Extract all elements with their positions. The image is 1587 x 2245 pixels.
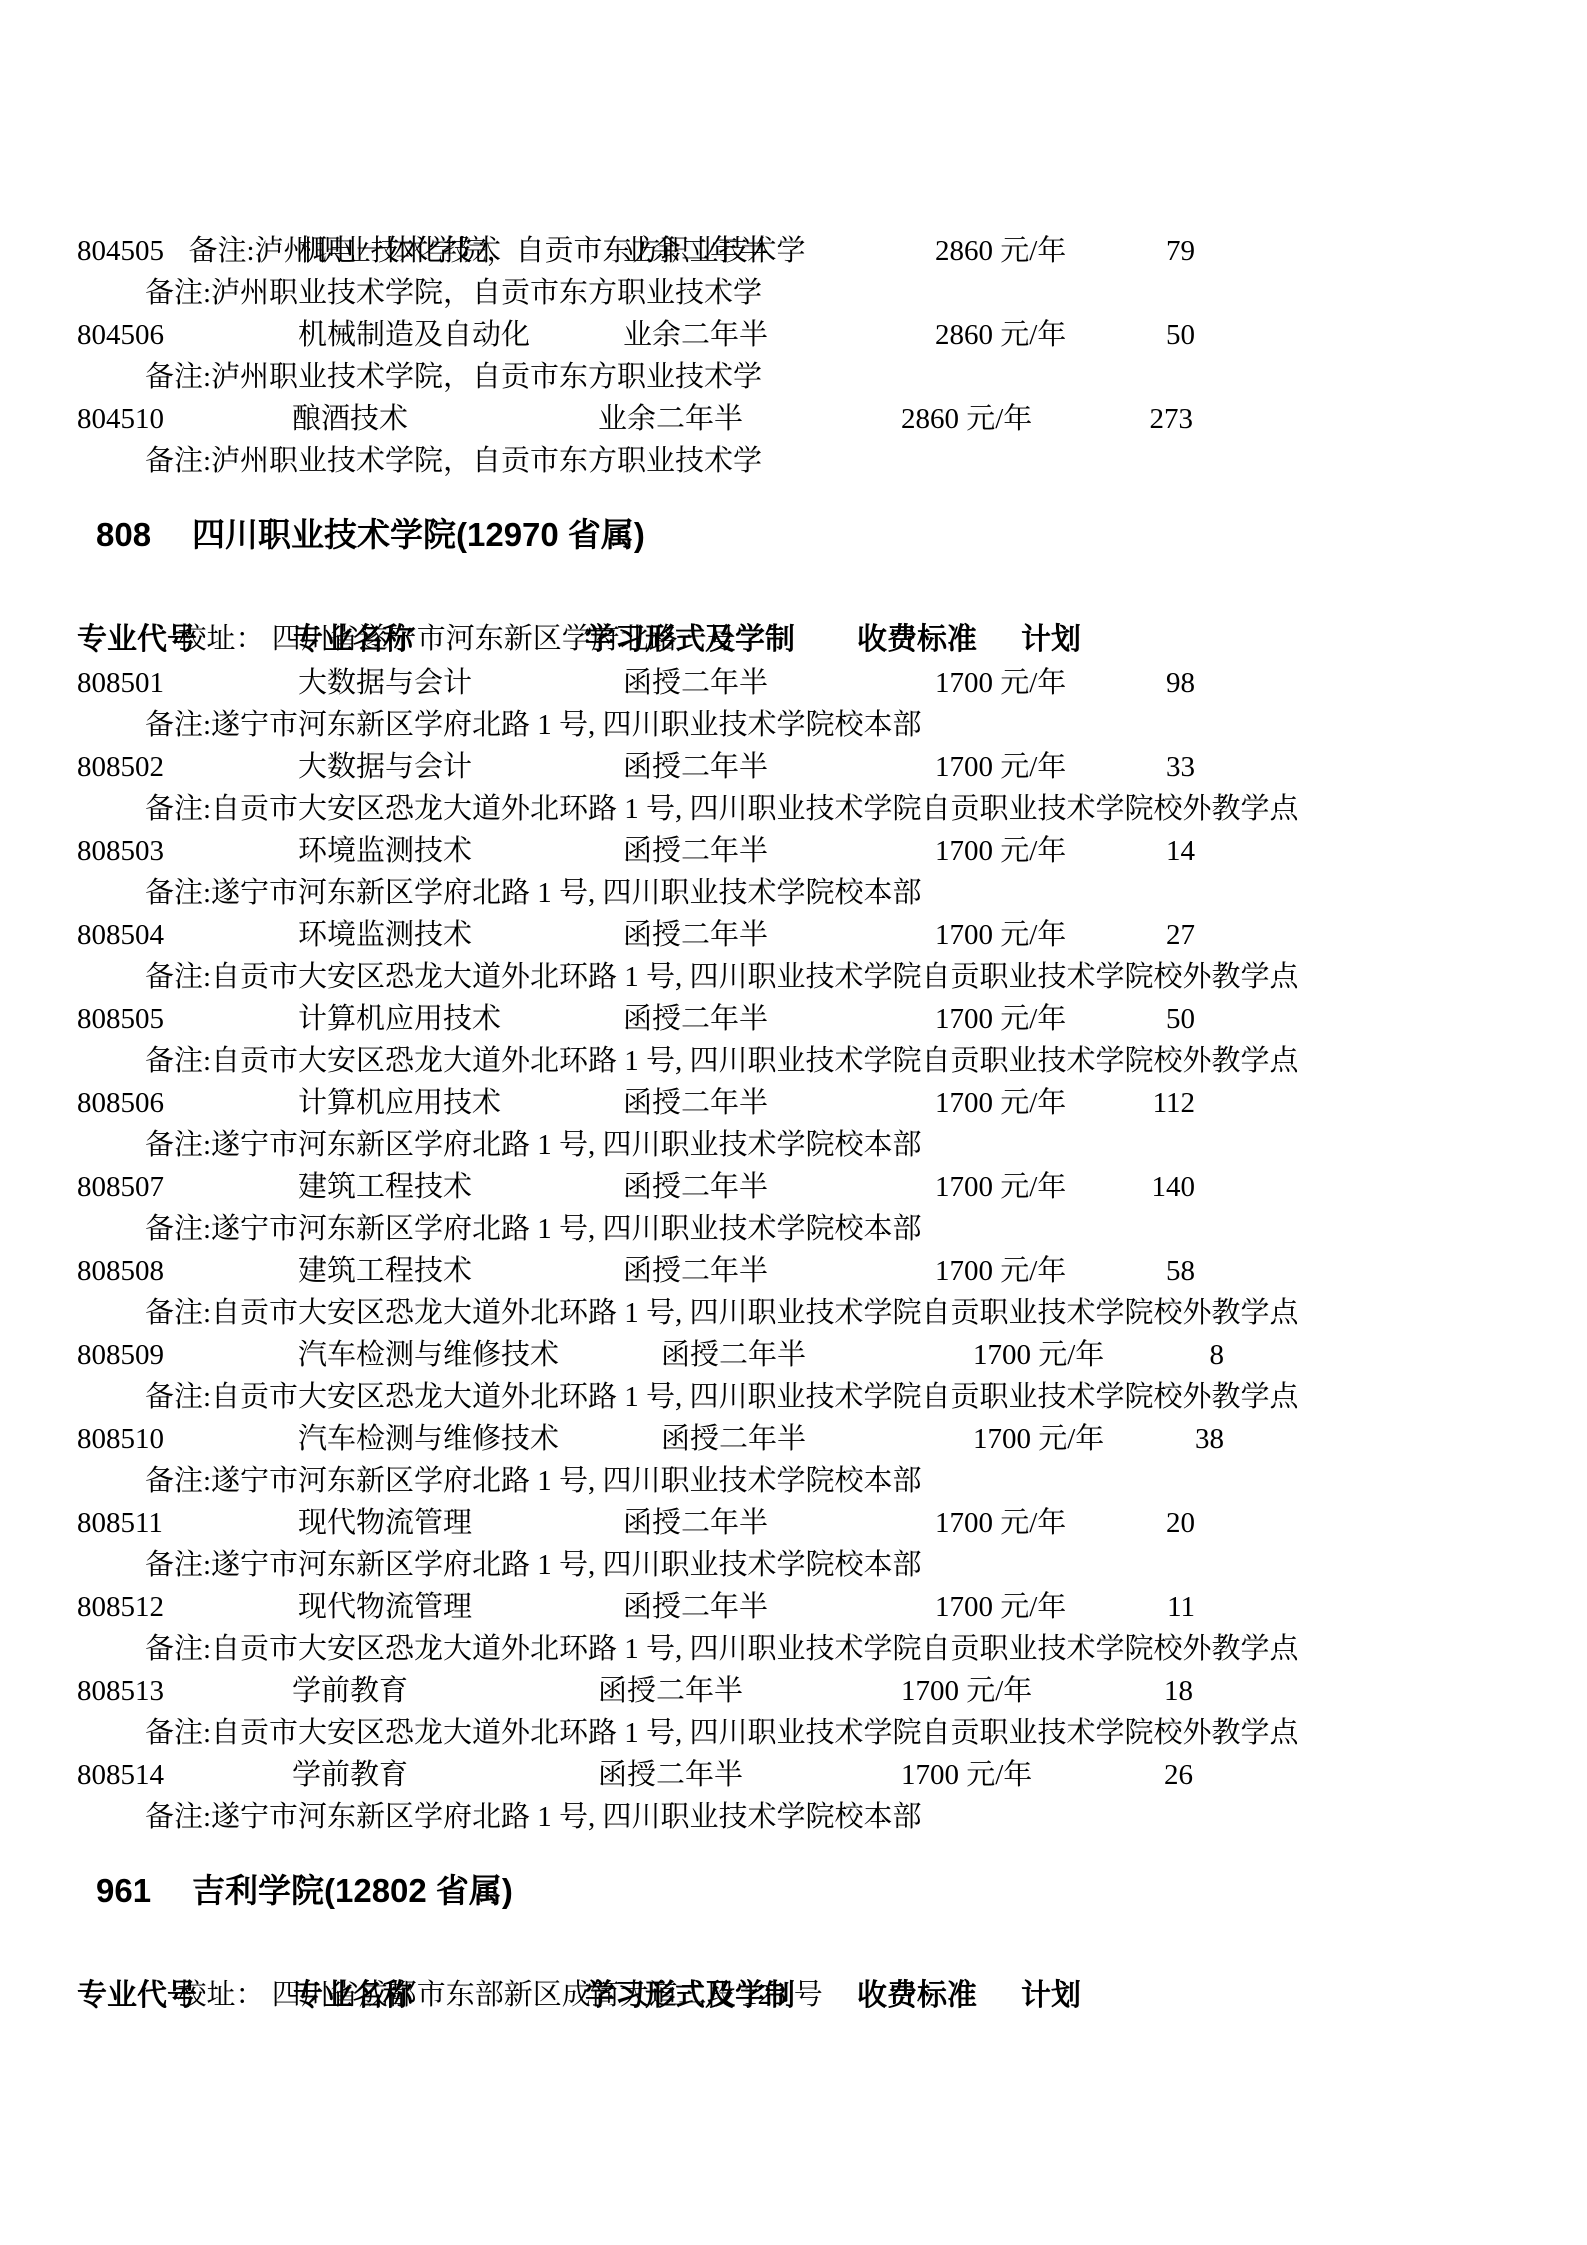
major-code: 808511	[77, 1502, 163, 1544]
major-code: 808507	[77, 1166, 164, 1208]
plan-count: 140	[1152, 1166, 1196, 1208]
major-name: 学前教育	[292, 1670, 408, 1712]
col-header-plan: 计划	[1021, 1974, 1081, 2018]
note-text: 备注:自贡市大安区恐龙大道外北环路 1 号, 四川职业技术学院自贡职业技术学院校…	[145, 961, 1299, 993]
note-line: 备注:遂宁市河东新区学府北路 1 号, 四川职业技术学院校本部	[0, 1124, 1587, 1166]
note-line: 备注:自贡市大安区恐龙大道外北环路 1 号, 四川职业技术学院自贡职业技术学院校…	[0, 1292, 1587, 1334]
note-text: 备注:自贡市大安区恐龙大道外北环路 1 号, 四川职业技术学院自贡职业技术学院校…	[145, 793, 1299, 825]
plan-count: 26	[1164, 1754, 1193, 1796]
study-form-duration: 函授二年半	[623, 1502, 768, 1544]
plan-count: 8	[1210, 1334, 1225, 1376]
study-form-duration: 函授二年半	[623, 1586, 768, 1628]
table-row: 808502大数据与会计函授二年半1700 元/年33	[0, 746, 1587, 788]
major-name: 学前教育	[292, 1754, 408, 1796]
note-text: 备注:遂宁市河东新区学府北路 1 号, 四川职业技术学院校本部	[145, 877, 922, 909]
table-column-header: 专业代号 专业名称 学习形式及学制 收费标准 计划	[0, 1974, 1587, 2018]
fee-standard: 2860 元/年	[901, 398, 1032, 440]
major-code: 804510	[77, 398, 164, 440]
note-line: 备注:遂宁市河东新区学府北路 1 号, 四川职业技术学院校本部	[0, 1544, 1587, 1586]
major-code: 808503	[77, 830, 164, 872]
school-section-header: 961 吉利学院(12802 省属)	[0, 1868, 1587, 1914]
major-code: 808502	[77, 746, 164, 788]
major-name: 建筑工程技术	[298, 1250, 472, 1292]
note-text: 备注:泸州职业技术学院，自贡市东方职业技术学	[145, 277, 762, 309]
plan-count: 20	[1166, 1502, 1195, 1544]
major-code: 808506	[77, 1082, 164, 1124]
study-form-duration: 函授二年半	[598, 1670, 743, 1712]
note-text: 备注:遂宁市河东新区学府北路 1 号, 四川职业技术学院校本部	[145, 1549, 922, 1581]
plan-count: 273	[1150, 398, 1194, 440]
table-row: 808506计算机应用技术函授二年半1700 元/年112	[0, 1082, 1587, 1124]
note-text: 备注:遂宁市河东新区学府北路 1 号, 四川职业技术学院校本部	[145, 709, 922, 741]
table-row: 808510汽车检测与维修技术函授二年半1700 元/年38	[0, 1418, 1587, 1460]
major-code: 808510	[77, 1418, 164, 1460]
note-line: 备注:遂宁市河东新区学府北路 1 号, 四川职业技术学院校本部	[0, 704, 1587, 746]
fee-standard: 1700 元/年	[935, 830, 1066, 872]
major-name: 现代物流管理	[298, 1586, 472, 1628]
note-text: 备注:遂宁市河东新区学府北路 1 号, 四川职业技术学院校本部	[145, 1129, 922, 1161]
continuation-rows: 804505机电一体化技术业余二年半2860 元/年79备注:泸州职业技术学院，…	[0, 230, 1587, 482]
note-text: 备注:遂宁市河东新区学府北路 1 号, 四川职业技术学院校本部	[145, 1213, 922, 1245]
study-form-duration: 函授二年半	[598, 1754, 743, 1796]
note-text: 备注:自贡市大安区恐龙大道外北环路 1 号, 四川职业技术学院自贡职业技术学院校…	[145, 1633, 1299, 1665]
major-name: 现代物流管理	[298, 1502, 472, 1544]
study-form-duration: 函授二年半	[623, 998, 768, 1040]
school-code: 808	[96, 512, 151, 558]
col-header-name: 专业名称	[293, 1974, 413, 2018]
study-form-duration: 业余二年半	[623, 230, 768, 272]
fee-standard: 1700 元/年	[935, 914, 1066, 956]
plan-count: 14	[1166, 830, 1195, 872]
col-header-fee: 收费标准	[857, 618, 977, 662]
plan-count: 18	[1164, 1670, 1193, 1712]
plan-count: 50	[1166, 314, 1195, 356]
study-form-duration: 函授二年半	[661, 1418, 806, 1460]
note-line: 备注:泸州职业技术学院，自贡市东方职业技术学	[0, 272, 1587, 314]
major-code: 808514	[77, 1754, 164, 1796]
plan-count: 50	[1166, 998, 1195, 1040]
school-title: 四川职业技术学院(12970 省属)	[192, 512, 645, 558]
col-header-fee: 收费标准	[857, 1974, 977, 2018]
major-code: 808505	[77, 998, 164, 1040]
major-code: 804506	[77, 314, 164, 356]
note-line: 备注:泸州职业技术学院，自贡市东方职业技术学	[0, 188, 1587, 230]
school-title: 吉利学院(12802 省属)	[192, 1868, 513, 1914]
study-form-duration: 业余二年半	[598, 398, 743, 440]
note-line: 备注:自贡市大安区恐龙大道外北环路 1 号, 四川职业技术学院自贡职业技术学院校…	[0, 1628, 1587, 1670]
table-column-header: 专业代号 专业名称 学习形式及学制 收费标准 计划	[0, 618, 1587, 662]
table-row: 808504环境监测技术函授二年半1700 元/年27	[0, 914, 1587, 956]
major-code: 804505	[77, 230, 164, 272]
note-line: 备注:自贡市大安区恐龙大道外北环路 1 号, 四川职业技术学院自贡职业技术学院校…	[0, 956, 1587, 998]
note-text: 备注:自贡市大安区恐龙大道外北环路 1 号, 四川职业技术学院自贡职业技术学院校…	[145, 1717, 1299, 1749]
study-form-duration: 业余二年半	[623, 314, 768, 356]
table-row: 804506机械制造及自动化业余二年半2860 元/年50	[0, 314, 1587, 356]
plan-count: 58	[1166, 1250, 1195, 1292]
school-code: 961	[96, 1868, 151, 1914]
table-row: 808501大数据与会计函授二年半1700 元/年98	[0, 662, 1587, 704]
table-row: 808508建筑工程技术函授二年半1700 元/年58	[0, 1250, 1587, 1292]
plan-count: 38	[1195, 1418, 1224, 1460]
major-name: 酿酒技术	[292, 398, 408, 440]
note-text: 备注:泸州职业技术学院，自贡市东方职业技术学	[145, 445, 762, 477]
study-form-duration: 函授二年半	[623, 830, 768, 872]
school-address: 校址： 四川省成都市东部新区成简大道二段 123 号	[0, 1932, 1587, 1974]
fee-standard: 1700 元/年	[935, 1250, 1066, 1292]
plan-count: 27	[1166, 914, 1195, 956]
study-form-duration: 函授二年半	[623, 914, 768, 956]
fee-standard: 1700 元/年	[935, 1502, 1066, 1544]
note-text: 备注:遂宁市河东新区学府北路 1 号, 四川职业技术学院校本部	[145, 1801, 922, 1833]
note-line: 备注:遂宁市河东新区学府北路 1 号, 四川职业技术学院校本部	[0, 872, 1587, 914]
major-code: 808512	[77, 1586, 164, 1628]
major-name: 环境监测技术	[298, 914, 472, 956]
major-name: 计算机应用技术	[298, 998, 501, 1040]
fee-standard: 1700 元/年	[935, 1082, 1066, 1124]
document-content: 备注:泸州职业技术学院，自贡市东方职业技术学 804505机电一体化技术业余二年…	[0, 0, 1587, 2018]
fee-standard: 1700 元/年	[973, 1418, 1104, 1460]
note-line: 备注:遂宁市河东新区学府北路 1 号, 四川职业技术学院校本部	[0, 1208, 1587, 1250]
note-text: 备注:自贡市大安区恐龙大道外北环路 1 号, 四川职业技术学院自贡职业技术学院校…	[145, 1381, 1299, 1413]
fee-standard: 2860 元/年	[935, 314, 1066, 356]
study-form-duration: 函授二年半	[623, 1166, 768, 1208]
note-line: 备注:遂宁市河东新区学府北路 1 号, 四川职业技术学院校本部	[0, 1796, 1587, 1838]
col-header-form: 学习形式及学制	[585, 618, 795, 662]
table-row: 808514学前教育函授二年半1700 元/年26	[0, 1754, 1587, 1796]
plan-count: 33	[1166, 746, 1195, 788]
note-line: 备注:泸州职业技术学院，自贡市东方职业技术学	[0, 440, 1587, 482]
study-form-duration: 函授二年半	[623, 746, 768, 788]
school-address: 校址： 四川省遂宁市河东新区学府北路一号	[0, 576, 1587, 618]
major-name: 大数据与会计	[298, 662, 472, 704]
fee-standard: 1700 元/年	[935, 662, 1066, 704]
study-form-duration: 函授二年半	[623, 1082, 768, 1124]
table-row: 804510酿酒技术业余二年半2860 元/年273	[0, 398, 1587, 440]
fee-standard: 1700 元/年	[935, 1586, 1066, 1628]
note-line: 备注:自贡市大安区恐龙大道外北环路 1 号, 四川职业技术学院自贡职业技术学院校…	[0, 788, 1587, 830]
study-form-duration: 函授二年半	[661, 1334, 806, 1376]
table-row: 808512现代物流管理函授二年半1700 元/年11	[0, 1586, 1587, 1628]
plan-count: 79	[1166, 230, 1195, 272]
col-header-name: 专业名称	[293, 618, 413, 662]
section-rows: 808501大数据与会计函授二年半1700 元/年98备注:遂宁市河东新区学府北…	[0, 662, 1587, 1838]
major-code: 808508	[77, 1250, 164, 1292]
note-text: 备注:自贡市大安区恐龙大道外北环路 1 号, 四川职业技术学院自贡职业技术学院校…	[145, 1045, 1299, 1077]
major-code: 808509	[77, 1334, 164, 1376]
study-form-duration: 函授二年半	[623, 662, 768, 704]
study-form-duration: 函授二年半	[623, 1250, 768, 1292]
major-name: 机械制造及自动化	[298, 314, 530, 356]
plan-count: 112	[1153, 1082, 1195, 1124]
fee-standard: 1700 元/年	[935, 746, 1066, 788]
table-row: 808503环境监测技术函授二年半1700 元/年14	[0, 830, 1587, 872]
plan-count: 11	[1167, 1586, 1195, 1628]
fee-standard: 1700 元/年	[973, 1334, 1104, 1376]
note-line: 备注:泸州职业技术学院，自贡市东方职业技术学	[0, 356, 1587, 398]
table-row: 808505计算机应用技术函授二年半1700 元/年50	[0, 998, 1587, 1040]
col-header-plan: 计划	[1021, 618, 1081, 662]
note-text: 备注:遂宁市河东新区学府北路 1 号, 四川职业技术学院校本部	[145, 1465, 922, 1497]
table-row: 808509汽车检测与维修技术函授二年半1700 元/年8	[0, 1334, 1587, 1376]
note-line: 备注:遂宁市河东新区学府北路 1 号, 四川职业技术学院校本部	[0, 1460, 1587, 1502]
table-row: 808513学前教育函授二年半1700 元/年18	[0, 1670, 1587, 1712]
fee-standard: 1700 元/年	[935, 998, 1066, 1040]
note-line: 备注:自贡市大安区恐龙大道外北环路 1 号, 四川职业技术学院自贡职业技术学院校…	[0, 1376, 1587, 1418]
major-name: 汽车检测与维修技术	[298, 1418, 559, 1460]
note-line: 备注:自贡市大安区恐龙大道外北环路 1 号, 四川职业技术学院自贡职业技术学院校…	[0, 1712, 1587, 1754]
col-header-code: 专业代号	[77, 1974, 197, 2018]
fee-standard: 1700 元/年	[935, 1166, 1066, 1208]
major-name: 计算机应用技术	[298, 1082, 501, 1124]
fee-standard: 1700 元/年	[901, 1754, 1032, 1796]
fee-standard: 1700 元/年	[901, 1670, 1032, 1712]
major-code: 808501	[77, 662, 164, 704]
fee-standard: 2860 元/年	[935, 230, 1066, 272]
note-line: 备注:自贡市大安区恐龙大道外北环路 1 号, 四川职业技术学院自贡职业技术学院校…	[0, 1040, 1587, 1082]
document-page: 备注:泸州职业技术学院，自贡市东方职业技术学 804505机电一体化技术业余二年…	[0, 0, 1587, 2245]
table-row: 808511现代物流管理函授二年半1700 元/年20	[0, 1502, 1587, 1544]
major-name: 环境监测技术	[298, 830, 472, 872]
major-code: 808513	[77, 1670, 164, 1712]
note-text: 备注:自贡市大安区恐龙大道外北环路 1 号, 四川职业技术学院自贡职业技术学院校…	[145, 1297, 1299, 1329]
table-row: 804505机电一体化技术业余二年半2860 元/年79	[0, 230, 1587, 272]
school-section-header: 808 四川职业技术学院(12970 省属)	[0, 512, 1587, 558]
table-row: 808507建筑工程技术函授二年半1700 元/年140	[0, 1166, 1587, 1208]
col-header-form: 学习形式及学制	[585, 1974, 795, 2018]
col-header-code: 专业代号	[77, 618, 197, 662]
major-name: 大数据与会计	[298, 746, 472, 788]
major-name: 汽车检测与维修技术	[298, 1334, 559, 1376]
note-text: 备注:泸州职业技术学院，自贡市东方职业技术学	[145, 361, 762, 393]
major-code: 808504	[77, 914, 164, 956]
plan-count: 98	[1166, 662, 1195, 704]
major-name: 机电一体化技术	[298, 230, 501, 272]
major-name: 建筑工程技术	[298, 1166, 472, 1208]
